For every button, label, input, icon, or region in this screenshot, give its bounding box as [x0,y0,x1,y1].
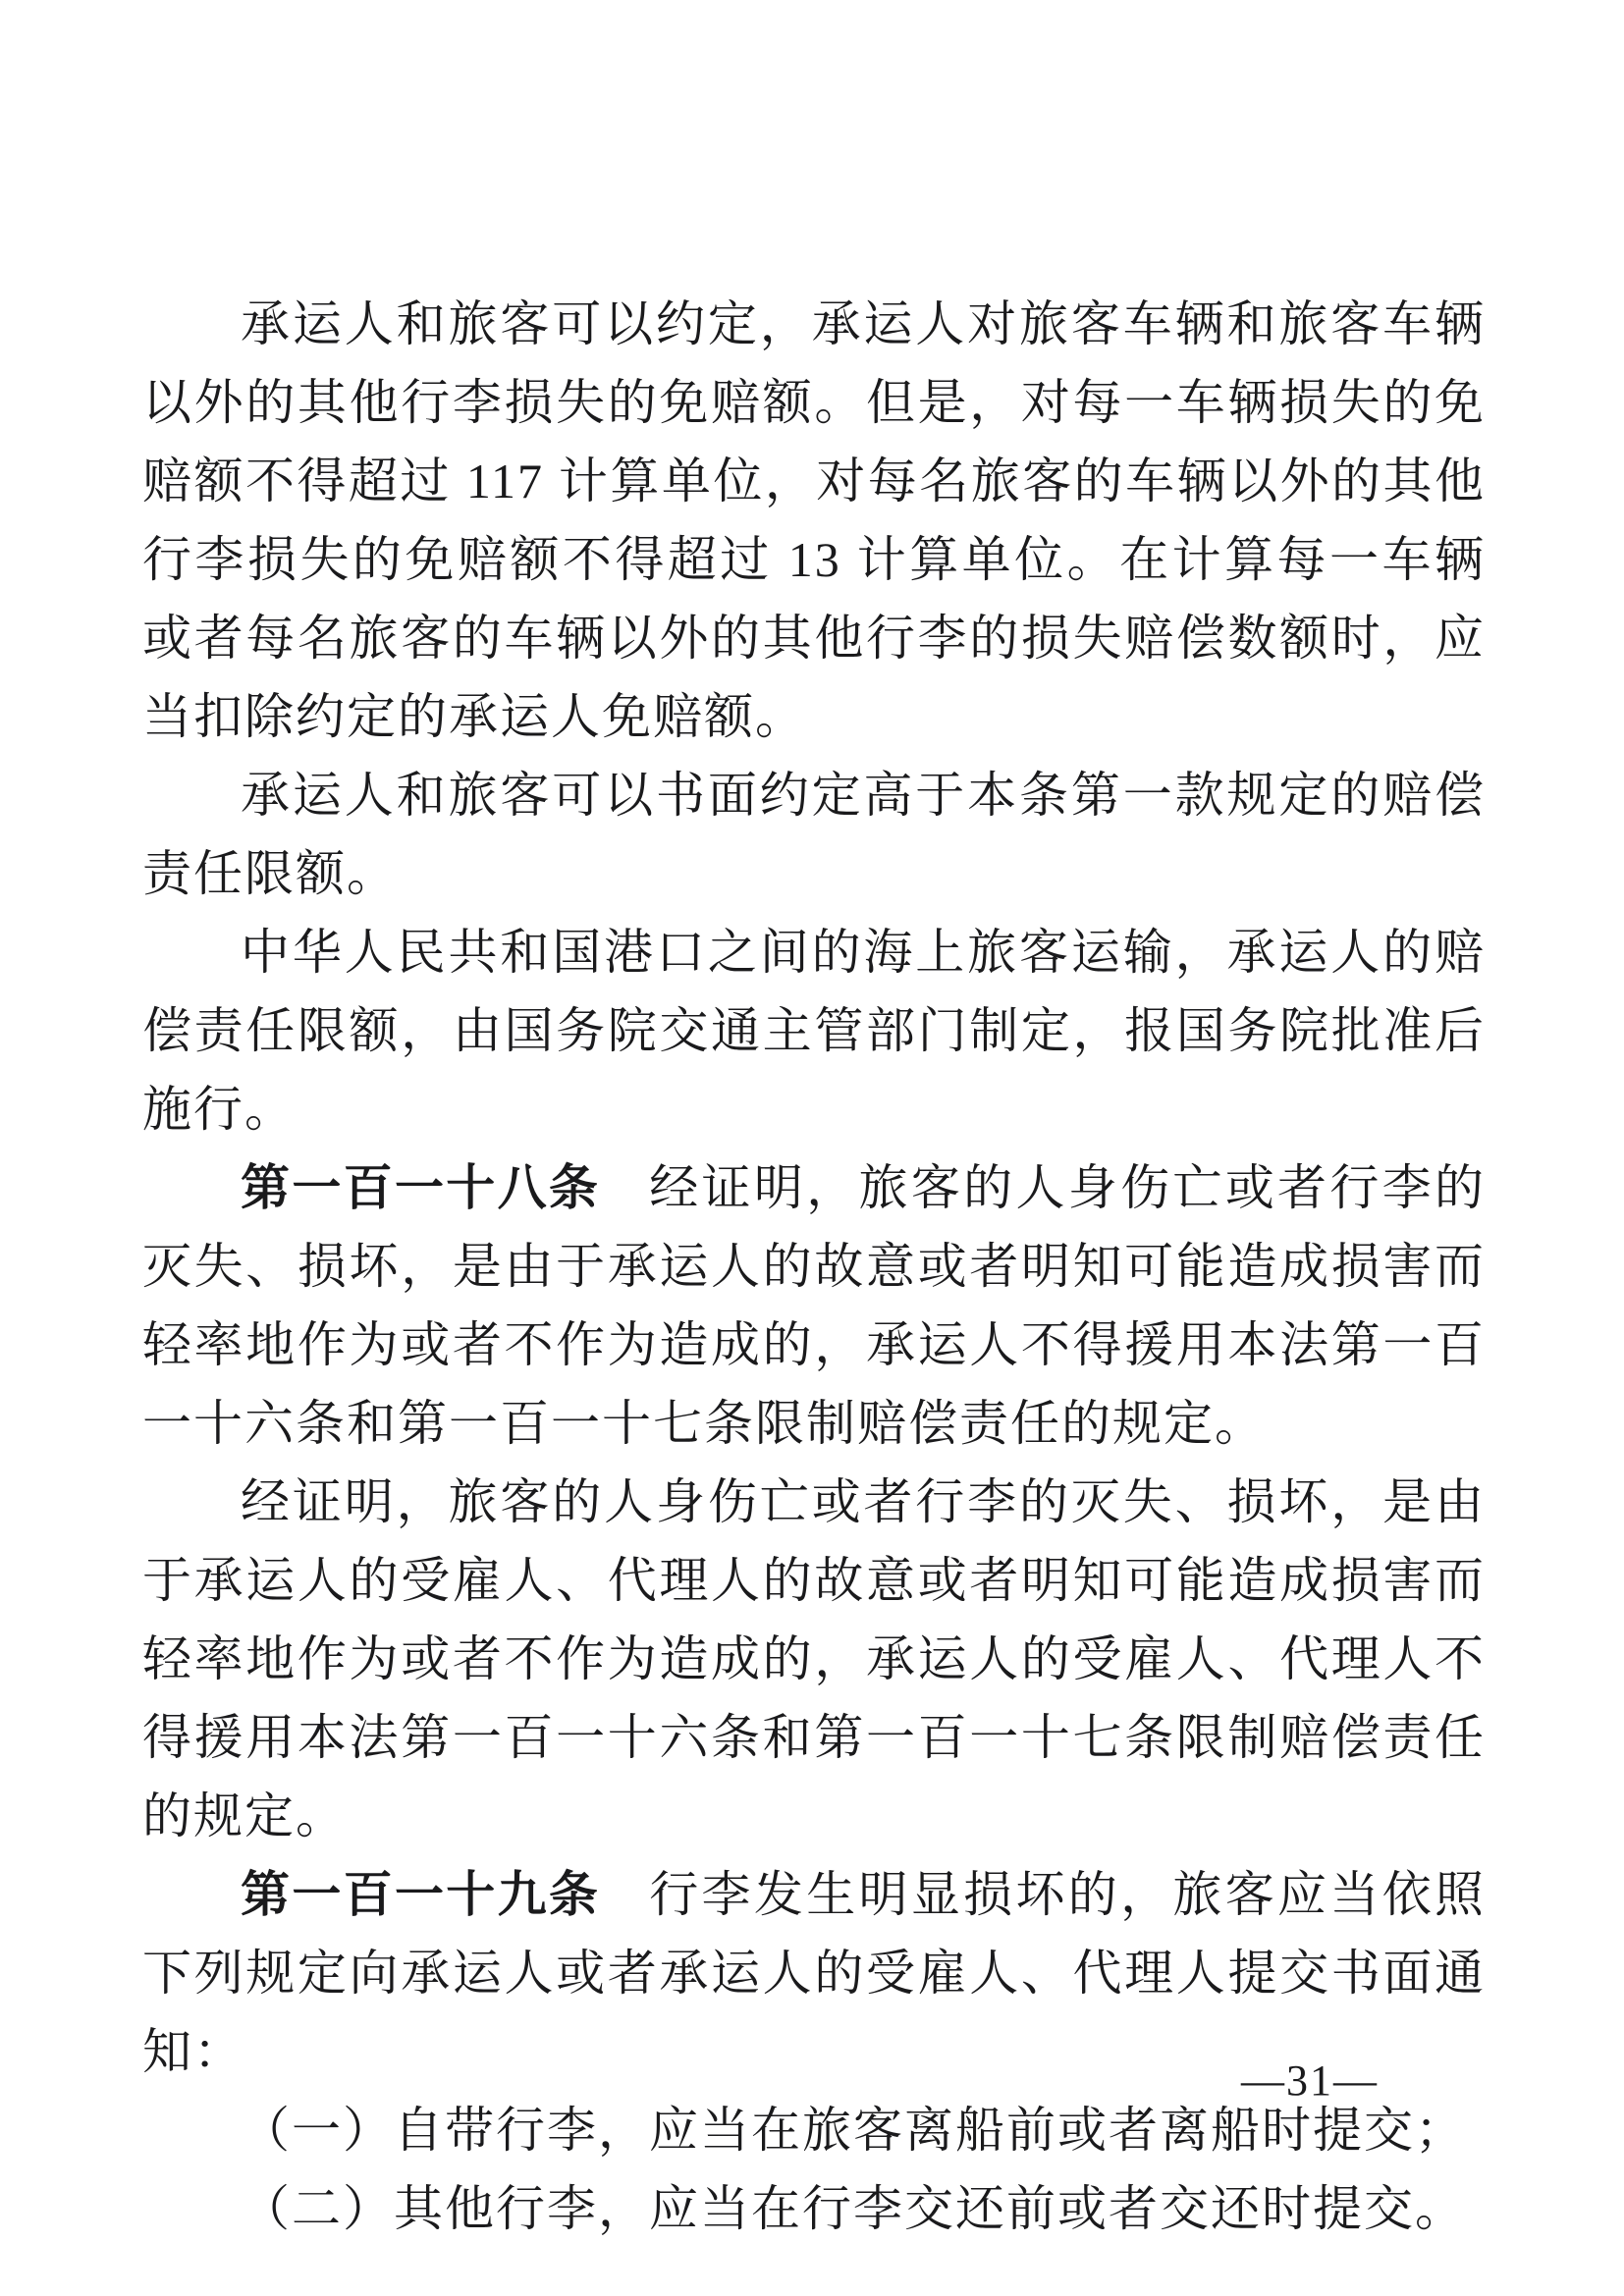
document-body: 承运人和旅客可以约定，承运人对旅客车辆和旅客车辆以外的其他行李损失的免赔额。但是… [142,285,1486,2248]
page-number: —31— [1241,2056,1379,2105]
paragraph-text: 经证明，旅客的人身伤亡或者行李的灭失、损坏，是由于承运人的受雇人、代理人的故意或… [142,1474,1486,1843]
paragraph-deductible: 承运人和旅客可以约定，承运人对旅客车辆和旅客车辆以外的其他行李损失的免赔额。但是… [142,285,1486,756]
article-119-number: 第一百一十九条 [241,1867,600,1922]
paragraph-text: （二）其他行李，应当在行李交还前或者交还时提交。 [241,2181,1466,2236]
paragraph-text: 承运人和旅客可以书面约定高于本条第一款规定的赔偿责任限额。 [142,768,1486,901]
article-118-number: 第一百一十八条 [241,1160,600,1215]
paragraph-text: （一）自带行李，应当在旅客离船前或者离船时提交； [241,2103,1466,2158]
paragraph-article-119: 第一百一十九条行李发生明显损坏的，旅客应当依照下列规定向承运人或者承运人的受雇人… [142,1855,1486,2091]
paragraph-article-118-clause-2: 经证明，旅客的人身伤亡或者行李的灭失、损坏，是由于承运人的受雇人、代理人的故意或… [142,1463,1486,1855]
paragraph-article-118: 第一百一十八条经证明，旅客的人身伤亡或者行李的灭失、损坏，是由于承运人的故意或者… [142,1148,1486,1463]
paragraph-text: 承运人和旅客可以约定，承运人对旅客车辆和旅客车辆以外的其他行李损失的免赔额。但是… [142,296,1486,744]
page-footer: —31— [0,2056,1624,2106]
paragraph-domestic-ports: 中华人民共和国港口之间的海上旅客运输，承运人的赔偿责任限额，由国务院交通主管部门… [142,913,1486,1148]
paragraph-written-agreement: 承运人和旅客可以书面约定高于本条第一款规定的赔偿责任限额。 [142,756,1486,913]
paragraph-item-2: （二）其他行李，应当在行李交还前或者交还时提交。 [142,2169,1486,2248]
paragraph-text: 中华人民共和国港口之间的海上旅客运输，承运人的赔偿责任限额，由国务院交通主管部门… [142,925,1486,1137]
document-page: 承运人和旅客可以约定，承运人对旅客车辆和旅客车辆以外的其他行李损失的免赔额。但是… [0,0,1624,2296]
